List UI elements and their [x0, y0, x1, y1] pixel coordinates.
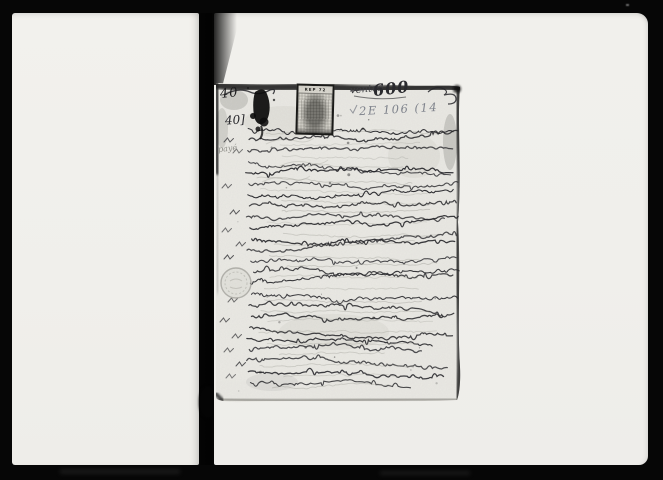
- embossed-seal: [221, 268, 251, 298]
- revenue-stamp: REP 72: [295, 84, 334, 136]
- scanner-noise-speck: [626, 4, 629, 6]
- revenue-stamp-text: REP 72: [298, 86, 332, 95]
- scanner-noise: [60, 469, 180, 474]
- manuscript-artwork: [214, 82, 467, 405]
- scan-stage: REP 72 40 40] payé ventes 600 2E 106 (14: [0, 0, 663, 480]
- manuscript-page: REP 72 40 40] payé ventes 600 2E 106 (14: [214, 82, 467, 405]
- scanner-noise: [380, 471, 470, 475]
- left-blank-page: [12, 13, 199, 465]
